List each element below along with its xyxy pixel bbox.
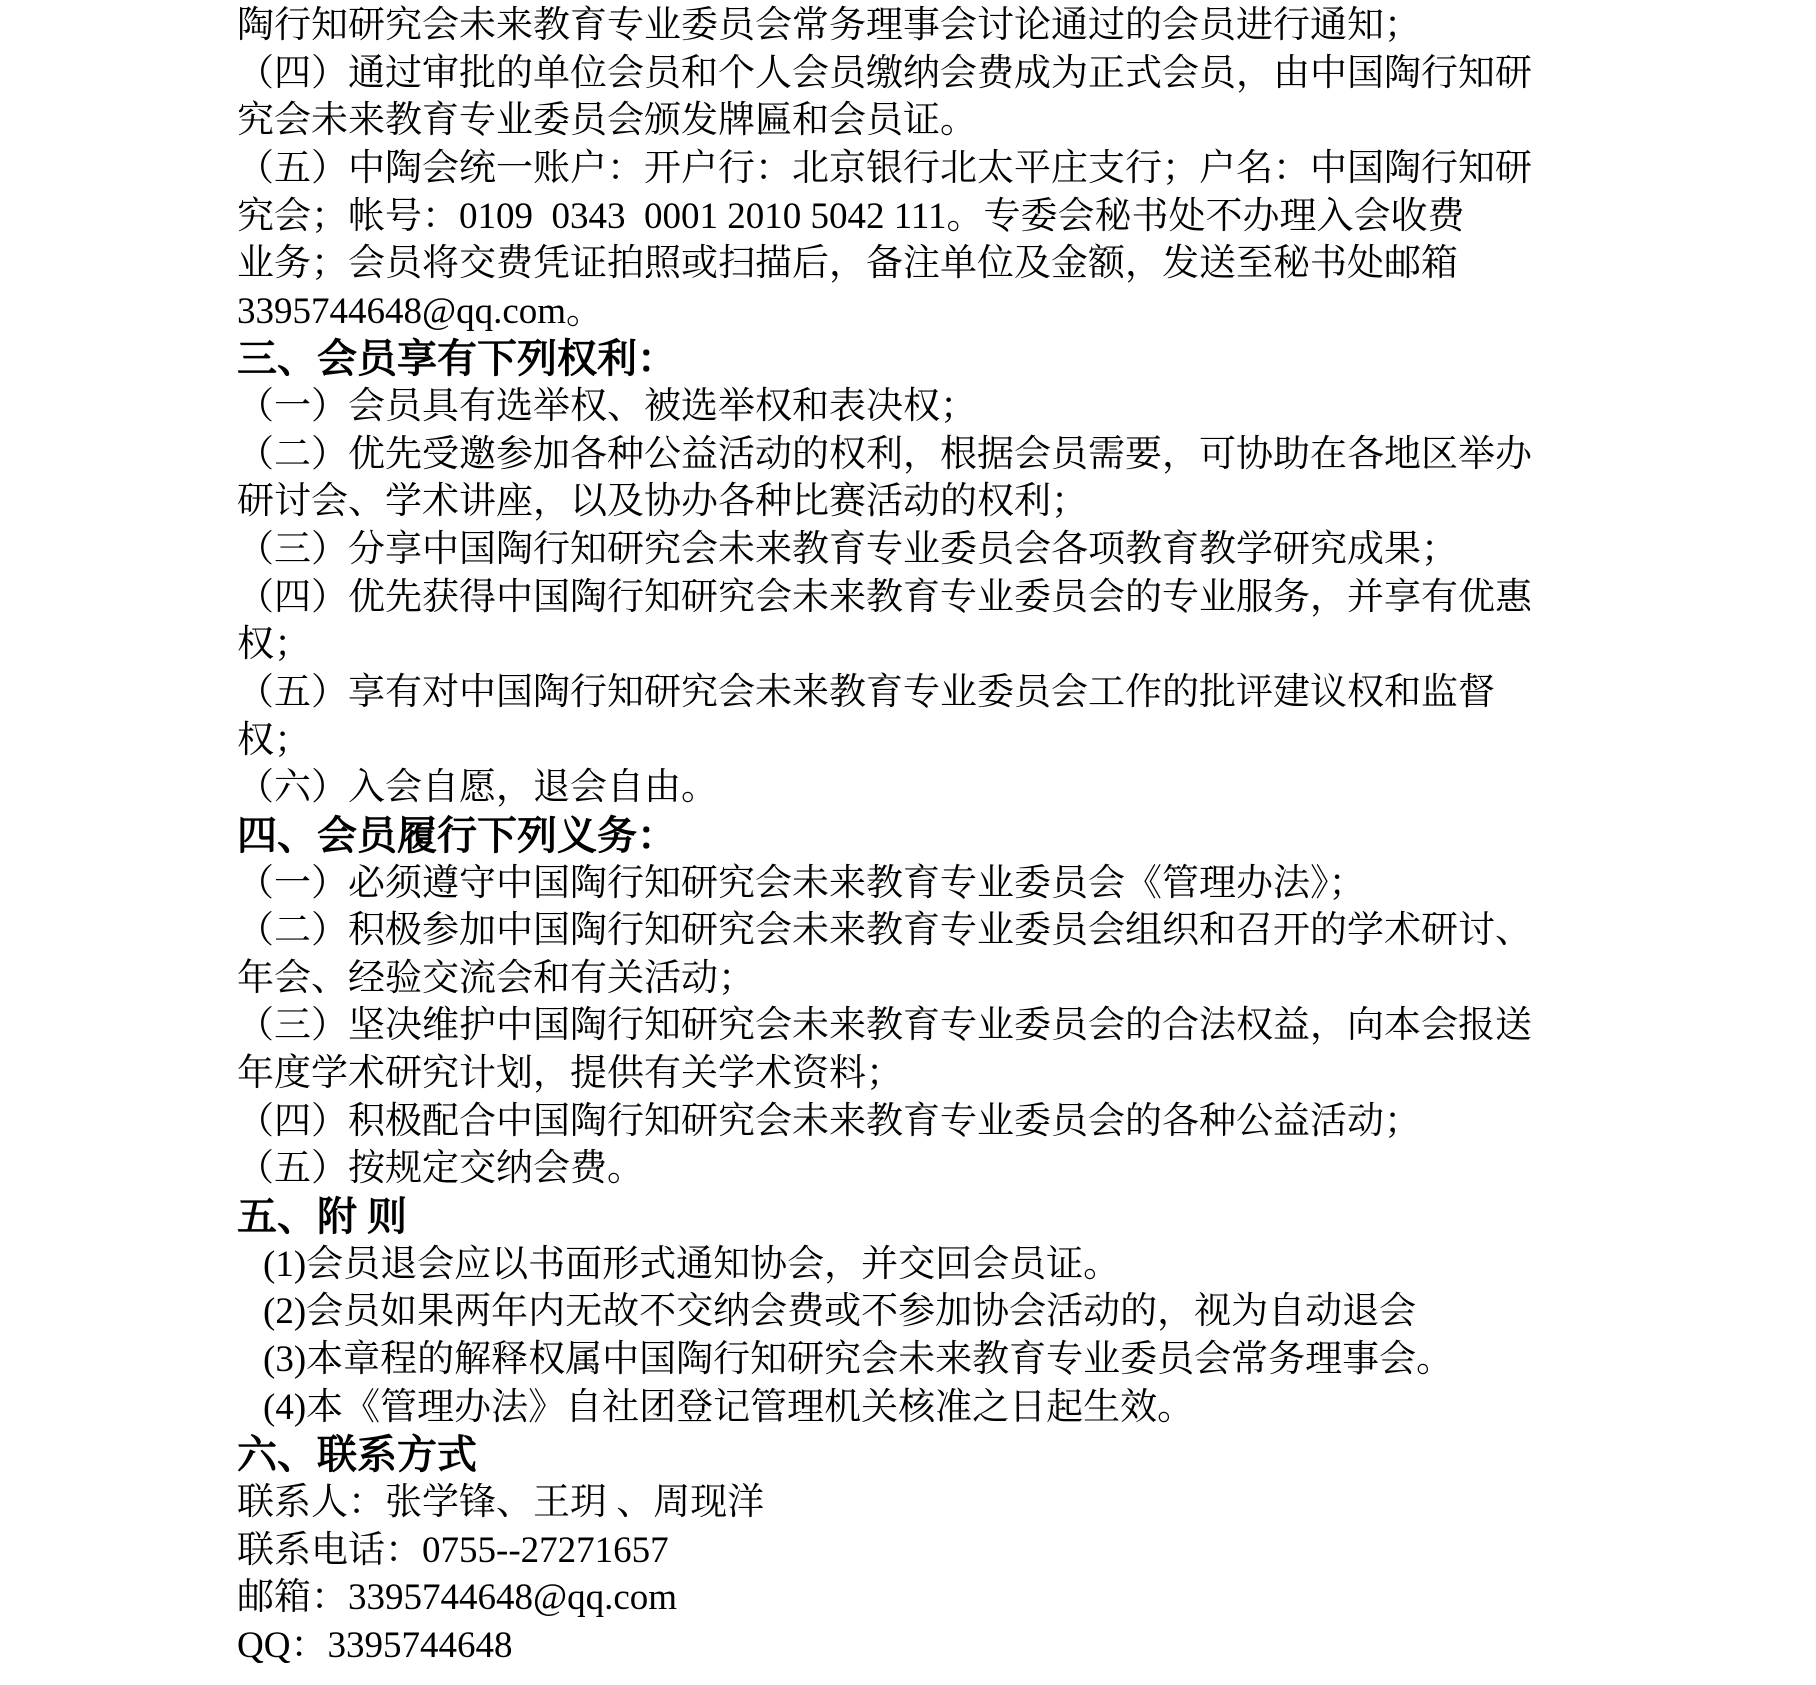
document-line: 究会未来教育专业委员会颁发牌匾和会员证。 — [237, 97, 1616, 145]
document-page: 陶行知研究会未来教育专业委员会常务理事会讨论通过的会员进行通知；（四）通过审批的… — [0, 0, 1816, 1685]
document-line: 联系人：张学锋、王玥 、周现洋 — [237, 1479, 1616, 1527]
section-heading: 五、附 则 — [237, 1193, 1616, 1241]
section-heading: 三、会员享有下列权利： — [237, 335, 1616, 383]
document-line: （六）入会自愿，退会自由。 — [237, 764, 1616, 812]
document-line: 年会、经验交流会和有关活动； — [237, 955, 1616, 1003]
document-line: （二）优先受邀参加各种公益活动的权利，根据会员需要，可协助在各地区举办 — [237, 431, 1616, 479]
document-line: 联系电话：0755--27271657 — [237, 1527, 1616, 1575]
document-line: 研讨会、学术讲座，以及协办各种比赛活动的权利； — [237, 478, 1616, 526]
document-line: 权； — [237, 717, 1616, 765]
document-line: （五）中陶会统一账户：开户行：北京银行北太平庄支行；户名：中国陶行知研 — [237, 145, 1616, 193]
document-line: (2)会员如果两年内无故不交纳会费或不参加协会活动的，视为自动退会 — [237, 1288, 1616, 1336]
document-line: 陶行知研究会未来教育专业委员会常务理事会讨论通过的会员进行通知； — [237, 2, 1616, 50]
document-line: （三）分享中国陶行知研究会未来教育专业委员会各项教育教学研究成果； — [237, 526, 1616, 574]
section-heading: 六、联系方式 — [237, 1431, 1616, 1479]
document-line: （五）按规定交纳会费。 — [237, 1145, 1616, 1193]
document-body: 陶行知研究会未来教育专业委员会常务理事会讨论通过的会员进行通知；（四）通过审批的… — [237, 2, 1616, 1669]
section-heading: 四、会员履行下列义务： — [237, 812, 1616, 860]
document-line: (1)会员退会应以书面形式通知协会，并交回会员证。 — [237, 1241, 1616, 1289]
document-line: (3)本章程的解释权属中国陶行知研究会未来教育专业委员会常务理事会。 — [237, 1336, 1616, 1384]
document-line: QQ：3395744648 — [237, 1622, 1616, 1670]
document-line: 邮箱：3395744648@qq.com — [237, 1574, 1616, 1622]
document-line: 权； — [237, 621, 1616, 669]
document-line: （四）通过审批的单位会员和个人会员缴纳会费成为正式会员，由中国陶行知研 — [237, 50, 1616, 98]
document-line: （三）坚决维护中国陶行知研究会未来教育专业委员会的合法权益，向本会报送 — [237, 1002, 1616, 1050]
document-line: （一）会员具有选举权、被选举权和表决权； — [237, 383, 1616, 431]
document-line: （四）优先获得中国陶行知研究会未来教育专业委员会的专业服务，并享有优惠 — [237, 574, 1616, 622]
document-line: （五）享有对中国陶行知研究会未来教育专业委员会工作的批评建议权和监督 — [237, 669, 1616, 717]
document-line: （二）积极参加中国陶行知研究会未来教育专业委员会组织和召开的学术研讨、 — [237, 907, 1616, 955]
document-line: 年度学术研究计划，提供有关学术资料； — [237, 1050, 1616, 1098]
document-line: (4)本《管理办法》自社团登记管理机关核准之日起生效。 — [237, 1384, 1616, 1432]
document-line: 究会；帐号：0109 0343 0001 2010 5042 111。专委会秘书… — [237, 193, 1616, 241]
document-line: （四）积极配合中国陶行知研究会未来教育专业委员会的各种公益活动； — [237, 1098, 1616, 1146]
document-line: 3395744648@qq.com。 — [237, 288, 1616, 336]
document-line: （一）必须遵守中国陶行知研究会未来教育专业委员会《管理办法》； — [237, 860, 1616, 908]
document-line: 业务；会员将交费凭证拍照或扫描后，备注单位及金额，发送至秘书处邮箱 — [237, 240, 1616, 288]
